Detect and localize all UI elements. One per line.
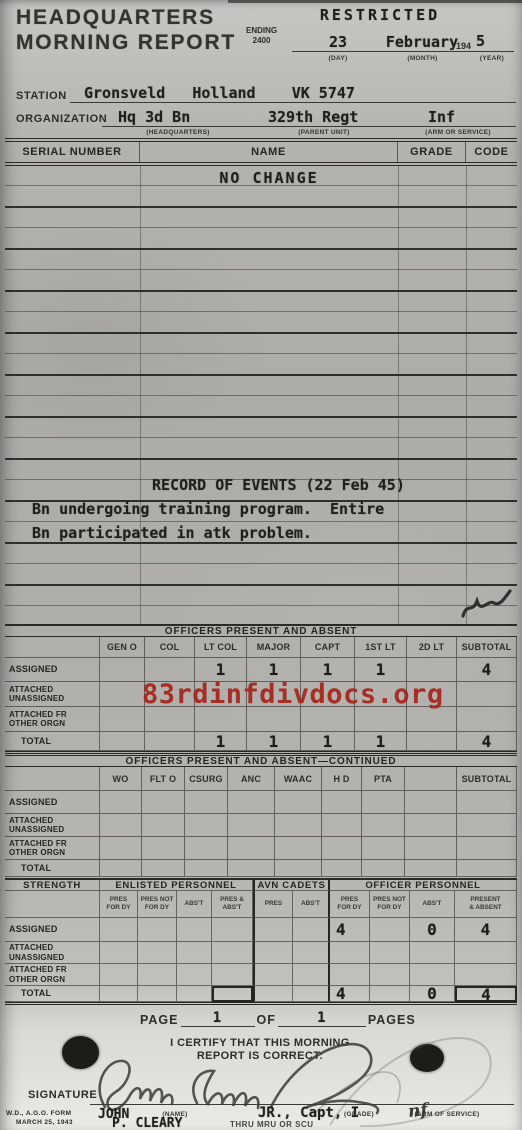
empty-cell bbox=[370, 918, 410, 942]
empty-cell bbox=[253, 942, 293, 964]
organization-label: ORGANIZATION bbox=[16, 113, 107, 125]
group-avn-cadets: AVN CADETS bbox=[253, 880, 330, 891]
row-label-total: TOTAL bbox=[5, 986, 100, 1002]
col-header-capt: CAPT bbox=[301, 637, 355, 658]
hq-sublabel: (HEADQUARTERS) bbox=[122, 129, 234, 136]
col-header-pta: PTA bbox=[362, 767, 405, 791]
row-label-attached-fr: ATTACHED FR OTHER ORGN bbox=[5, 964, 100, 986]
roster-ruled-area bbox=[5, 166, 517, 624]
strength-group-header: STRENGTH ENLISTED PERSONNEL AVN CADETS O… bbox=[5, 878, 517, 891]
empty-cell bbox=[100, 658, 145, 682]
roster-col-serial-number: SERIAL NUMBER bbox=[5, 142, 140, 162]
grade-sublabel: (GRADE) bbox=[336, 1111, 382, 1118]
empty-cell bbox=[293, 918, 330, 942]
officers-row-total: TOTAL 1 1 1 1 4 bbox=[5, 732, 517, 754]
empty-cell bbox=[100, 986, 138, 1002]
strength-row-attached-unassigned: ATTACHED UNASSIGNED bbox=[5, 942, 517, 964]
empty-cell bbox=[100, 942, 138, 964]
form-id-line1: W.D., A.G.O. FORM bbox=[6, 1110, 71, 1117]
officers-continued-title: OFFICERS PRESENT AND ABSENT—CONTINUED bbox=[5, 755, 517, 767]
col-header-major: MAJOR bbox=[247, 637, 301, 658]
date-underline bbox=[292, 51, 514, 52]
empty-cell bbox=[253, 964, 293, 986]
empty-cell bbox=[322, 791, 362, 814]
empty-cell bbox=[370, 964, 410, 986]
empty-cell bbox=[138, 964, 177, 986]
empty-cell bbox=[228, 837, 275, 860]
col-header-csurg: CSURG bbox=[185, 767, 228, 791]
empty-cell bbox=[100, 707, 145, 732]
routing-text: THRU MRU OR SCU bbox=[230, 1120, 314, 1129]
empty-cell bbox=[100, 814, 142, 837]
officers-header-row: GEN O COL LT COL MAJOR CAPT 1ST LT 2D LT… bbox=[5, 637, 517, 658]
empty-cell bbox=[253, 918, 293, 942]
continued-row-attached-fr: ATTACHED FR OTHER ORGN bbox=[5, 837, 517, 860]
col-header-waac: WAAC bbox=[275, 767, 322, 791]
year-sublabel: (YEAR) bbox=[468, 55, 516, 62]
empty-cell bbox=[5, 767, 100, 791]
empty-cell bbox=[5, 891, 100, 918]
empty-cell bbox=[177, 964, 212, 986]
empty-cell bbox=[293, 942, 330, 964]
roster-grade-code-divider bbox=[466, 166, 467, 624]
signature-label: SIGNATURE bbox=[28, 1089, 97, 1101]
empty-cell bbox=[145, 732, 195, 751]
empty-cell bbox=[138, 986, 177, 1002]
empty-cell bbox=[457, 682, 517, 707]
empty-cell bbox=[100, 918, 138, 942]
empty-cell bbox=[138, 942, 177, 964]
empty-cell bbox=[228, 791, 275, 814]
empty-cell bbox=[212, 918, 253, 942]
row-label-assigned: ASSIGNED bbox=[5, 918, 100, 942]
station-label: STATION bbox=[16, 90, 67, 102]
ending-2400-label: ENDING 2400 bbox=[246, 26, 277, 46]
empty-cell bbox=[405, 860, 457, 877]
day-value: 23 bbox=[308, 33, 368, 51]
col-header-hd: H D bbox=[322, 767, 362, 791]
col-header-col: COL bbox=[145, 637, 195, 658]
continued-row-total: TOTAL bbox=[5, 860, 517, 877]
empty-cell bbox=[330, 942, 370, 964]
empty-cell bbox=[275, 837, 322, 860]
scan-edge-artifact bbox=[228, 0, 522, 3]
empty-cell bbox=[455, 942, 517, 964]
empty-cell bbox=[405, 837, 457, 860]
empty-cell bbox=[100, 860, 142, 877]
morning-report-document: HEADQUARTERS MORNING REPORT RESTRICTED E… bbox=[0, 0, 522, 1130]
assigned-off-total-value: 4 bbox=[455, 918, 517, 942]
total-1stlt-value: 1 bbox=[355, 732, 407, 751]
restricted-stamp: RESTRICTED bbox=[300, 6, 460, 24]
empty-cell bbox=[247, 707, 301, 732]
row-label-attached-fr: ATTACHED FR OTHER ORGN bbox=[5, 837, 100, 860]
row-label-attached-unassigned: ATTACHED UNASSIGNED bbox=[5, 942, 100, 964]
empty-cell bbox=[177, 918, 212, 942]
empty-cell bbox=[457, 814, 517, 837]
station-underline bbox=[70, 102, 516, 103]
empty-cell bbox=[405, 814, 457, 837]
total-subtotal-value: 4 bbox=[457, 732, 517, 751]
col-off-abst: ABS'T bbox=[410, 891, 455, 918]
row-label-assigned: ASSIGNED bbox=[5, 791, 100, 814]
row-label-attached-unassigned: ATTACHED UNASSIGNED bbox=[5, 682, 100, 707]
col-header-1st-lt: 1ST LT bbox=[355, 637, 407, 658]
col-enl-pres-abst: PRES & ABS'T bbox=[212, 891, 253, 918]
row-label-attached-fr: ATTACHED FR OTHER ORGN bbox=[5, 707, 100, 732]
col-enl-pres-not-for-dy: PRES NOT FOR DY bbox=[138, 891, 177, 918]
officers-row-attached-fr: ATTACHED FR OTHER ORGN bbox=[5, 707, 517, 732]
empty-cell bbox=[322, 837, 362, 860]
total-ltcol-value: 1 bbox=[195, 732, 247, 751]
assigned-off-abs-value: 0 bbox=[410, 918, 455, 942]
col-header-gen-o: GEN O bbox=[100, 637, 145, 658]
assigned-subtotal-value: 4 bbox=[457, 658, 517, 682]
org-parent-value: 329th Regt bbox=[268, 108, 358, 126]
col-header-wo: WO bbox=[100, 767, 142, 791]
empty-cell bbox=[410, 942, 455, 964]
col-avn-abst: ABS'T bbox=[293, 891, 330, 918]
col-header-flt-o: FLT O bbox=[142, 767, 185, 791]
month-sublabel: (MONTH) bbox=[370, 55, 475, 62]
record-of-events-line2: Bn participated in atk problem. bbox=[32, 524, 312, 542]
roster-col-code: CODE bbox=[466, 142, 517, 162]
col-off-present-absent: PRESENT & ABSENT bbox=[455, 891, 517, 918]
col-header-subtotal: SUBTOTAL bbox=[457, 637, 517, 658]
form-id-line2: MARCH 25, 1943 bbox=[16, 1119, 73, 1126]
empty-cell bbox=[293, 964, 330, 986]
empty-cell bbox=[100, 732, 145, 751]
parent-unit-sublabel: (PARENT UNIT) bbox=[276, 129, 372, 136]
empty-cell bbox=[100, 791, 142, 814]
empty-cell bbox=[405, 791, 457, 814]
empty-cell bbox=[407, 707, 457, 732]
officers-table-title: OFFICERS PRESENT AND ABSENT bbox=[5, 624, 517, 637]
empty-cell bbox=[275, 814, 322, 837]
empty-cell bbox=[322, 814, 362, 837]
empty-cell bbox=[362, 837, 405, 860]
record-of-events-title: RECORD OF EVENTS (22 Feb 45) bbox=[152, 476, 405, 494]
handwritten-check-mark bbox=[458, 588, 514, 624]
empty-cell bbox=[142, 791, 185, 814]
empty-cell bbox=[142, 814, 185, 837]
continued-row-attached-unassigned: ATTACHED UNASSIGNED bbox=[5, 814, 517, 837]
empty-cell bbox=[228, 860, 275, 877]
empty-cell bbox=[355, 707, 407, 732]
roster-col-grade: GRADE bbox=[398, 142, 466, 162]
org-arm-value: Inf bbox=[428, 108, 455, 126]
total-off-abs-value: 0 bbox=[410, 986, 455, 1002]
strength-row-total: TOTAL 4 0 4 bbox=[5, 986, 517, 1005]
row-label-total: TOTAL bbox=[5, 860, 100, 877]
empty-cell bbox=[275, 791, 322, 814]
year-value: 5 bbox=[476, 32, 485, 50]
roster-serial-name-divider bbox=[140, 166, 141, 624]
total-capt-value: 1 bbox=[301, 732, 355, 751]
empty-cell bbox=[100, 682, 145, 707]
roster-entry-no-change: NO CHANGE bbox=[140, 169, 398, 187]
form-title-line2: MORNING REPORT bbox=[16, 31, 236, 55]
col-enl-pres-for-dy: PRES FOR DY bbox=[100, 891, 138, 918]
empty-cell bbox=[100, 964, 138, 986]
empty-cell bbox=[185, 791, 228, 814]
strength-title: STRENGTH bbox=[5, 880, 100, 891]
row-label-total: TOTAL bbox=[5, 732, 100, 751]
col-off-pres-for-dy: PRES FOR DY bbox=[330, 891, 370, 918]
empty-cell bbox=[362, 791, 405, 814]
row-label-assigned: ASSIGNED bbox=[5, 658, 100, 682]
organization-underline bbox=[102, 126, 516, 127]
empty-cell bbox=[322, 860, 362, 877]
total-off-total-value: 4 bbox=[455, 986, 517, 1002]
empty-cell bbox=[195, 707, 247, 732]
officers-continued-header-row: WO FLT O CSURG ANC WAAC H D PTA SUBTOTAL bbox=[5, 767, 517, 791]
col-header-2d-lt: 2D LT bbox=[407, 637, 457, 658]
empty-cell bbox=[145, 707, 195, 732]
roster-col-name: NAME bbox=[140, 142, 398, 162]
empty-cell bbox=[185, 837, 228, 860]
empty-cell bbox=[362, 860, 405, 877]
group-officer-personnel: OFFICER PERSONNEL bbox=[330, 880, 517, 891]
col-header-blank bbox=[405, 767, 457, 791]
year-prefix: 194 bbox=[456, 41, 471, 51]
group-enlisted-personnel: ENLISTED PERSONNEL bbox=[100, 880, 253, 891]
empty-cell bbox=[185, 814, 228, 837]
empty-cell bbox=[138, 918, 177, 942]
record-of-events-line1: Bn undergoing training program. Entire bbox=[32, 500, 384, 518]
empty-cell bbox=[212, 942, 253, 964]
row-label-attached-unassigned: ATTACHED UNASSIGNED bbox=[5, 814, 100, 837]
handwritten-nf: nf bbox=[407, 1100, 429, 1122]
empty-cell bbox=[142, 837, 185, 860]
empty-cell bbox=[330, 964, 370, 986]
assigned-off-pres-value: 4 bbox=[330, 918, 370, 942]
empty-cell bbox=[293, 986, 330, 1002]
continued-row-assigned: ASSIGNED bbox=[5, 791, 517, 814]
empty-cell bbox=[455, 964, 517, 986]
empty-cell bbox=[457, 837, 517, 860]
strength-row-attached-fr: ATTACHED FR OTHER ORGN bbox=[5, 964, 517, 986]
arm-service-sublabel: (ARM OR SERVICE) bbox=[404, 129, 512, 136]
empty-cell bbox=[410, 964, 455, 986]
strength-table: STRENGTH ENLISTED PERSONNEL AVN CADETS O… bbox=[5, 878, 517, 1005]
col-header-subtotal2: SUBTOTAL bbox=[457, 767, 517, 791]
col-off-pres-not-for-dy: PRES NOT FOR DY bbox=[370, 891, 410, 918]
empty-cell bbox=[370, 986, 410, 1002]
empty-cell bbox=[177, 986, 212, 1002]
empty-cell bbox=[142, 860, 185, 877]
strength-subheader-row: PRES FOR DY PRES NOT FOR DY ABS'T PRES &… bbox=[5, 891, 517, 918]
empty-cell bbox=[457, 860, 517, 877]
empty-cell bbox=[275, 860, 322, 877]
total-off-pres-value: 4 bbox=[330, 986, 370, 1002]
empty-cell bbox=[301, 707, 355, 732]
col-enl-abst: ABS'T bbox=[177, 891, 212, 918]
roster-name-grade-divider bbox=[398, 166, 399, 624]
empty-cell bbox=[253, 986, 293, 1002]
empty-cell bbox=[212, 964, 253, 986]
officers-continued-table: OFFICERS PRESENT AND ABSENT—CONTINUED WO… bbox=[5, 755, 517, 877]
empty-cell bbox=[228, 814, 275, 837]
form-title-line1: HEADQUARTERS bbox=[16, 6, 215, 30]
typed-overlap-name: P. CLEARY bbox=[112, 1116, 182, 1130]
empty-cell bbox=[457, 791, 517, 814]
empty-cell bbox=[370, 942, 410, 964]
empty-cell bbox=[100, 837, 142, 860]
day-sublabel: (DAY) bbox=[303, 55, 373, 62]
empty-cell bbox=[362, 814, 405, 837]
empty-cell bbox=[407, 732, 457, 751]
station-value: Gronsveld Holland VK 5747 bbox=[84, 84, 355, 102]
col-header-lt-col: LT COL bbox=[195, 637, 247, 658]
col-avn-pres: PRES bbox=[253, 891, 293, 918]
watermark-text: 83rdinfdivdocs.org bbox=[142, 679, 444, 710]
empty-cell bbox=[457, 707, 517, 732]
roster-header-row: SERIAL NUMBER NAME GRADE CODE bbox=[5, 138, 517, 166]
col-header-anc: ANC bbox=[228, 767, 275, 791]
empty-cell bbox=[185, 860, 228, 877]
total-major-value: 1 bbox=[247, 732, 301, 751]
org-hq-value: Hq 3d Bn bbox=[118, 108, 190, 126]
empty-cell bbox=[177, 942, 212, 964]
empty-cell bbox=[5, 637, 100, 658]
total-pres-abst-box bbox=[212, 986, 253, 1002]
strength-row-assigned: ASSIGNED 4 0 4 bbox=[5, 918, 517, 942]
